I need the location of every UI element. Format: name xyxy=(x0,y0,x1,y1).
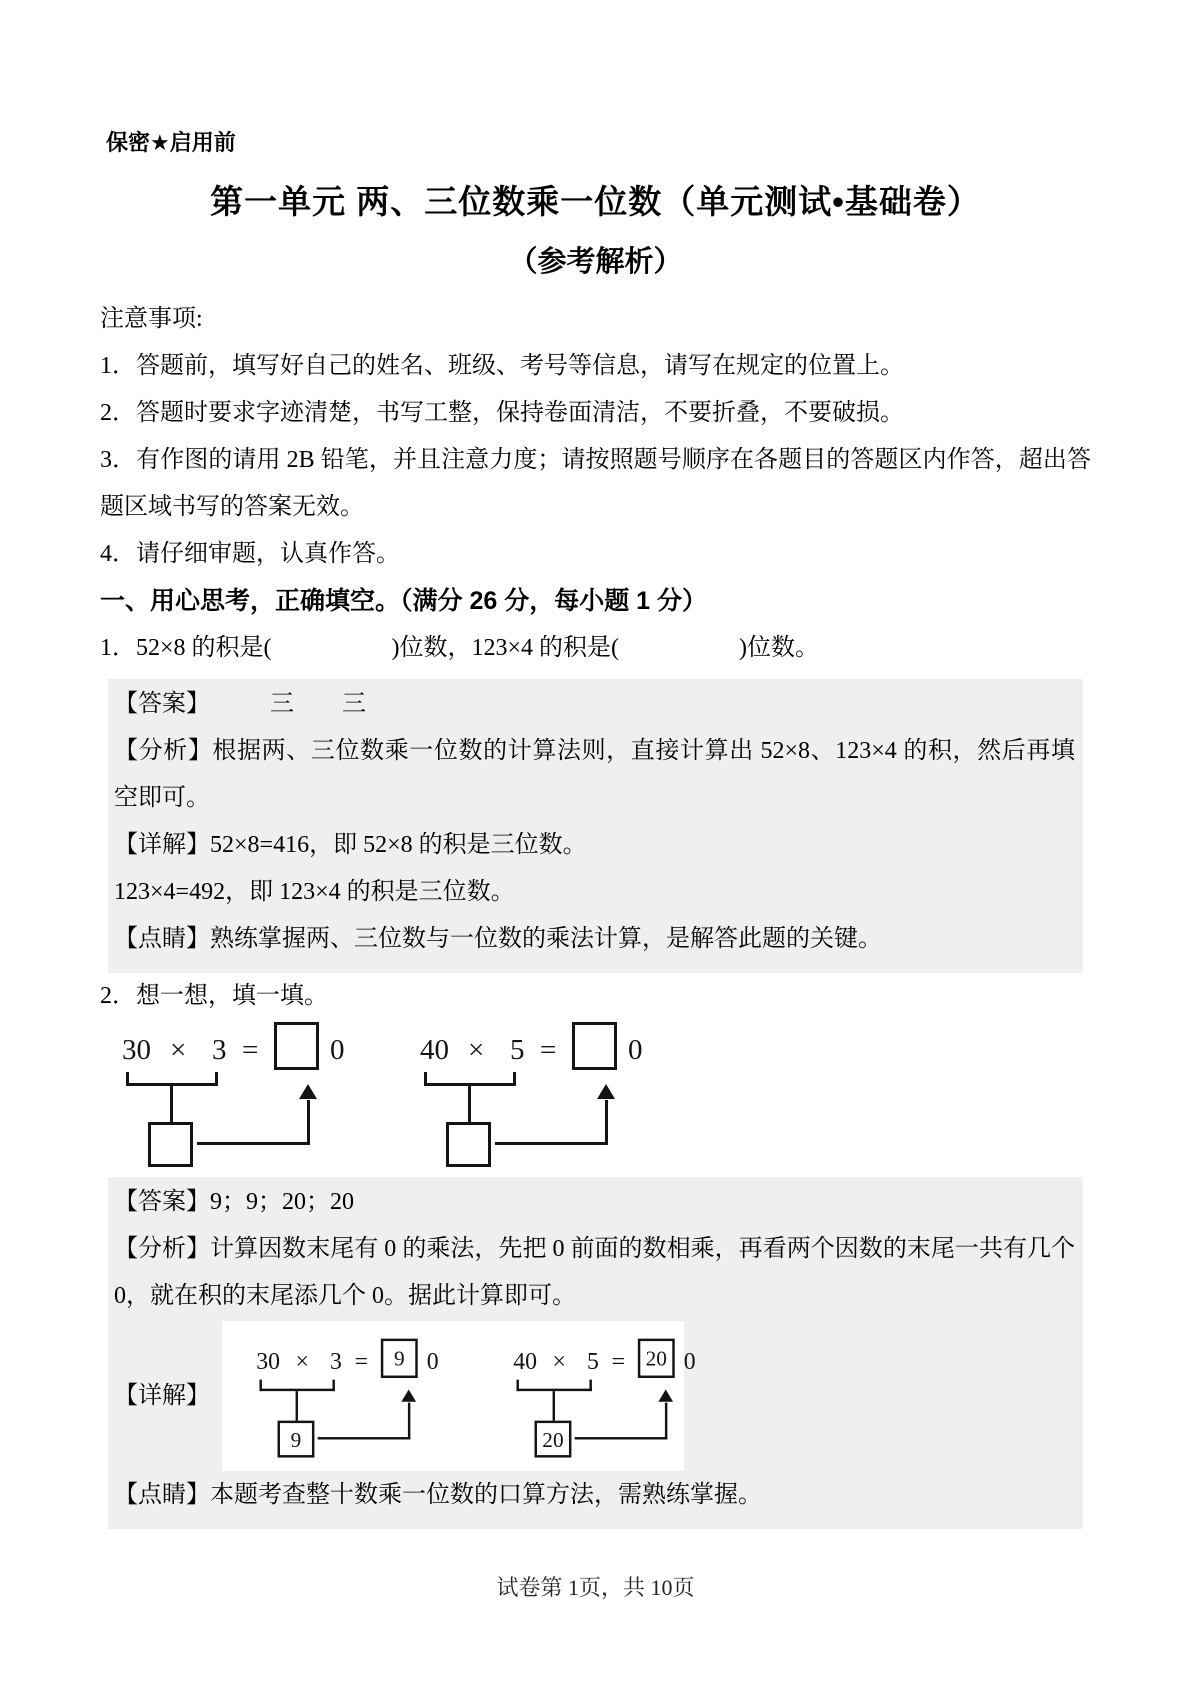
answer-line: 【答案】9；9；20；20 xyxy=(114,1179,1075,1226)
exam-page: 保密★启用前 第一单元 两、三位数乘一位数（单元测试•基础卷） （参考解析） 注… xyxy=(0,0,1191,1684)
factor-a: 40 xyxy=(513,1350,537,1374)
partial-box: 9 xyxy=(278,1421,315,1458)
factor-a: 30 xyxy=(256,1350,280,1374)
point-line: 【点睛】本题考查整十数乘一位数的口算方法，需熟练掌握。 xyxy=(114,1472,1075,1519)
answer-block-2: 【答案】9；9；20；20 【分析】计算因数末尾有 0 的乘法，先把 0 前面的… xyxy=(108,1177,1083,1529)
bracket xyxy=(424,1072,516,1086)
section-1-heading: 一、用心思考，正确填空。（满分 26 分，每小题 1 分） xyxy=(100,578,1091,625)
factor-b: 5 xyxy=(587,1350,599,1374)
times-sign: × xyxy=(296,1350,309,1374)
answer-line: 【答案】 三 三 xyxy=(114,681,1075,728)
partial-box: 20 xyxy=(535,1421,572,1458)
times-sign: × xyxy=(553,1350,566,1374)
answer-block-1: 【答案】 三 三 【分析】根据两、三位数乘一位数的计算法则，直接计算出 52×8… xyxy=(108,679,1083,973)
detail-line-2: 123×4=492，即 123×4 的积是三位数。 xyxy=(114,869,1075,916)
equals-sign: = xyxy=(242,1036,258,1065)
connector-horizontal xyxy=(318,1437,411,1439)
partial-box xyxy=(148,1122,193,1167)
times-sign: × xyxy=(468,1036,484,1065)
question-1-text: 1．52×8 的积是( )位数，123×4 的积是( )位数。 xyxy=(100,625,1091,672)
analysis-line: 【分析】计算因数末尾有 0 的乘法，先把 0 前面的数相乘，再看两个因数的末尾一… xyxy=(114,1226,1075,1320)
connector-vertical xyxy=(665,1403,667,1440)
question-2-diagrams: 30 × 3 = 0 40 × 5 = 0 xyxy=(112,1020,1091,1170)
equals-sign: = xyxy=(612,1350,625,1374)
page-title: 第一单元 两、三位数乘一位数（单元测试•基础卷） xyxy=(100,182,1091,222)
solved-diagram-panel: 30 × 3 = 9 0 9 xyxy=(222,1321,684,1471)
bracket xyxy=(126,1072,218,1086)
times-sign: × xyxy=(170,1036,186,1065)
trailing-zero: 0 xyxy=(330,1036,345,1065)
arrow-up-icon xyxy=(401,1389,416,1401)
product-box xyxy=(274,1022,319,1070)
arrow-up-icon xyxy=(658,1389,673,1401)
question-2-text: 2．想一想，填一填。 xyxy=(100,973,1091,1020)
point-line: 【点睛】熟练掌握两、三位数与一位数的乘法计算，是解答此题的关键。 xyxy=(114,916,1075,963)
multiplication-diagram: 30 × 3 = 0 xyxy=(112,1020,364,1170)
solved-diagram: 30 × 3 = 9 0 9 xyxy=(248,1337,455,1460)
analysis-line: 【分析】根据两、三位数乘一位数的计算法则，直接计算出 52×8、123×4 的积… xyxy=(114,728,1075,822)
multiplication-diagram: 40 × 5 = 0 xyxy=(410,1020,662,1170)
connector-horizontal xyxy=(495,1142,608,1145)
partial-box xyxy=(446,1122,491,1167)
page-footer: 试卷第 1页，共 10页 xyxy=(100,1575,1091,1601)
product-box xyxy=(572,1022,617,1070)
solved-diagram: 40 × 5 = 20 0 20 xyxy=(505,1337,712,1460)
factor-b: 3 xyxy=(212,1036,227,1065)
stem-line xyxy=(170,1086,173,1122)
connector-vertical xyxy=(605,1100,608,1145)
notice-item-3: 3．有作图的请用 2B 铅笔，并且注意力度；请按照题号顺序在各题目的答题区内作答… xyxy=(100,437,1091,531)
product-box: 20 xyxy=(638,1339,675,1378)
detail-line-1: 【详解】52×8=416，即 52×8 的积是三位数。 xyxy=(114,822,1075,869)
bracket xyxy=(516,1380,591,1391)
trailing-zero: 0 xyxy=(628,1036,643,1065)
trailing-zero: 0 xyxy=(427,1350,439,1374)
security-label: 保密★启用前 xyxy=(106,130,1091,156)
notice-item-4: 4．请仔细审题，认真作答。 xyxy=(100,531,1091,578)
connector-horizontal xyxy=(575,1437,668,1439)
equals-sign: = xyxy=(355,1350,368,1374)
factor-a: 40 xyxy=(420,1036,449,1065)
detail-label: 【详解】 xyxy=(114,1373,210,1420)
arrow-up-icon xyxy=(597,1084,615,1099)
bracket xyxy=(259,1380,334,1391)
notice-heading: 注意事项: xyxy=(100,296,1091,343)
product-box: 9 xyxy=(381,1339,418,1378)
factor-b: 3 xyxy=(330,1350,342,1374)
stem-line xyxy=(296,1391,298,1421)
stem-line xyxy=(468,1086,471,1122)
stem-line xyxy=(553,1391,555,1421)
factor-a: 30 xyxy=(122,1036,151,1065)
notice-item-1: 1．答题前，填写好自己的姓名、班级、考号等信息，请写在规定的位置上。 xyxy=(100,343,1091,390)
trailing-zero: 0 xyxy=(684,1350,696,1374)
page-subtitle: （参考解析） xyxy=(100,244,1091,280)
connector-horizontal xyxy=(197,1142,310,1145)
connector-vertical xyxy=(408,1403,410,1440)
arrow-up-icon xyxy=(299,1084,317,1099)
connector-vertical xyxy=(307,1100,310,1145)
detail-row: 【详解】 30 × 3 = 9 0 9 xyxy=(114,1320,1075,1472)
notice-item-2: 2．答题时要求字迹清楚，书写工整，保持卷面清洁，不要折叠，不要破损。 xyxy=(100,390,1091,437)
equals-sign: = xyxy=(540,1036,556,1065)
factor-b: 5 xyxy=(510,1036,525,1065)
